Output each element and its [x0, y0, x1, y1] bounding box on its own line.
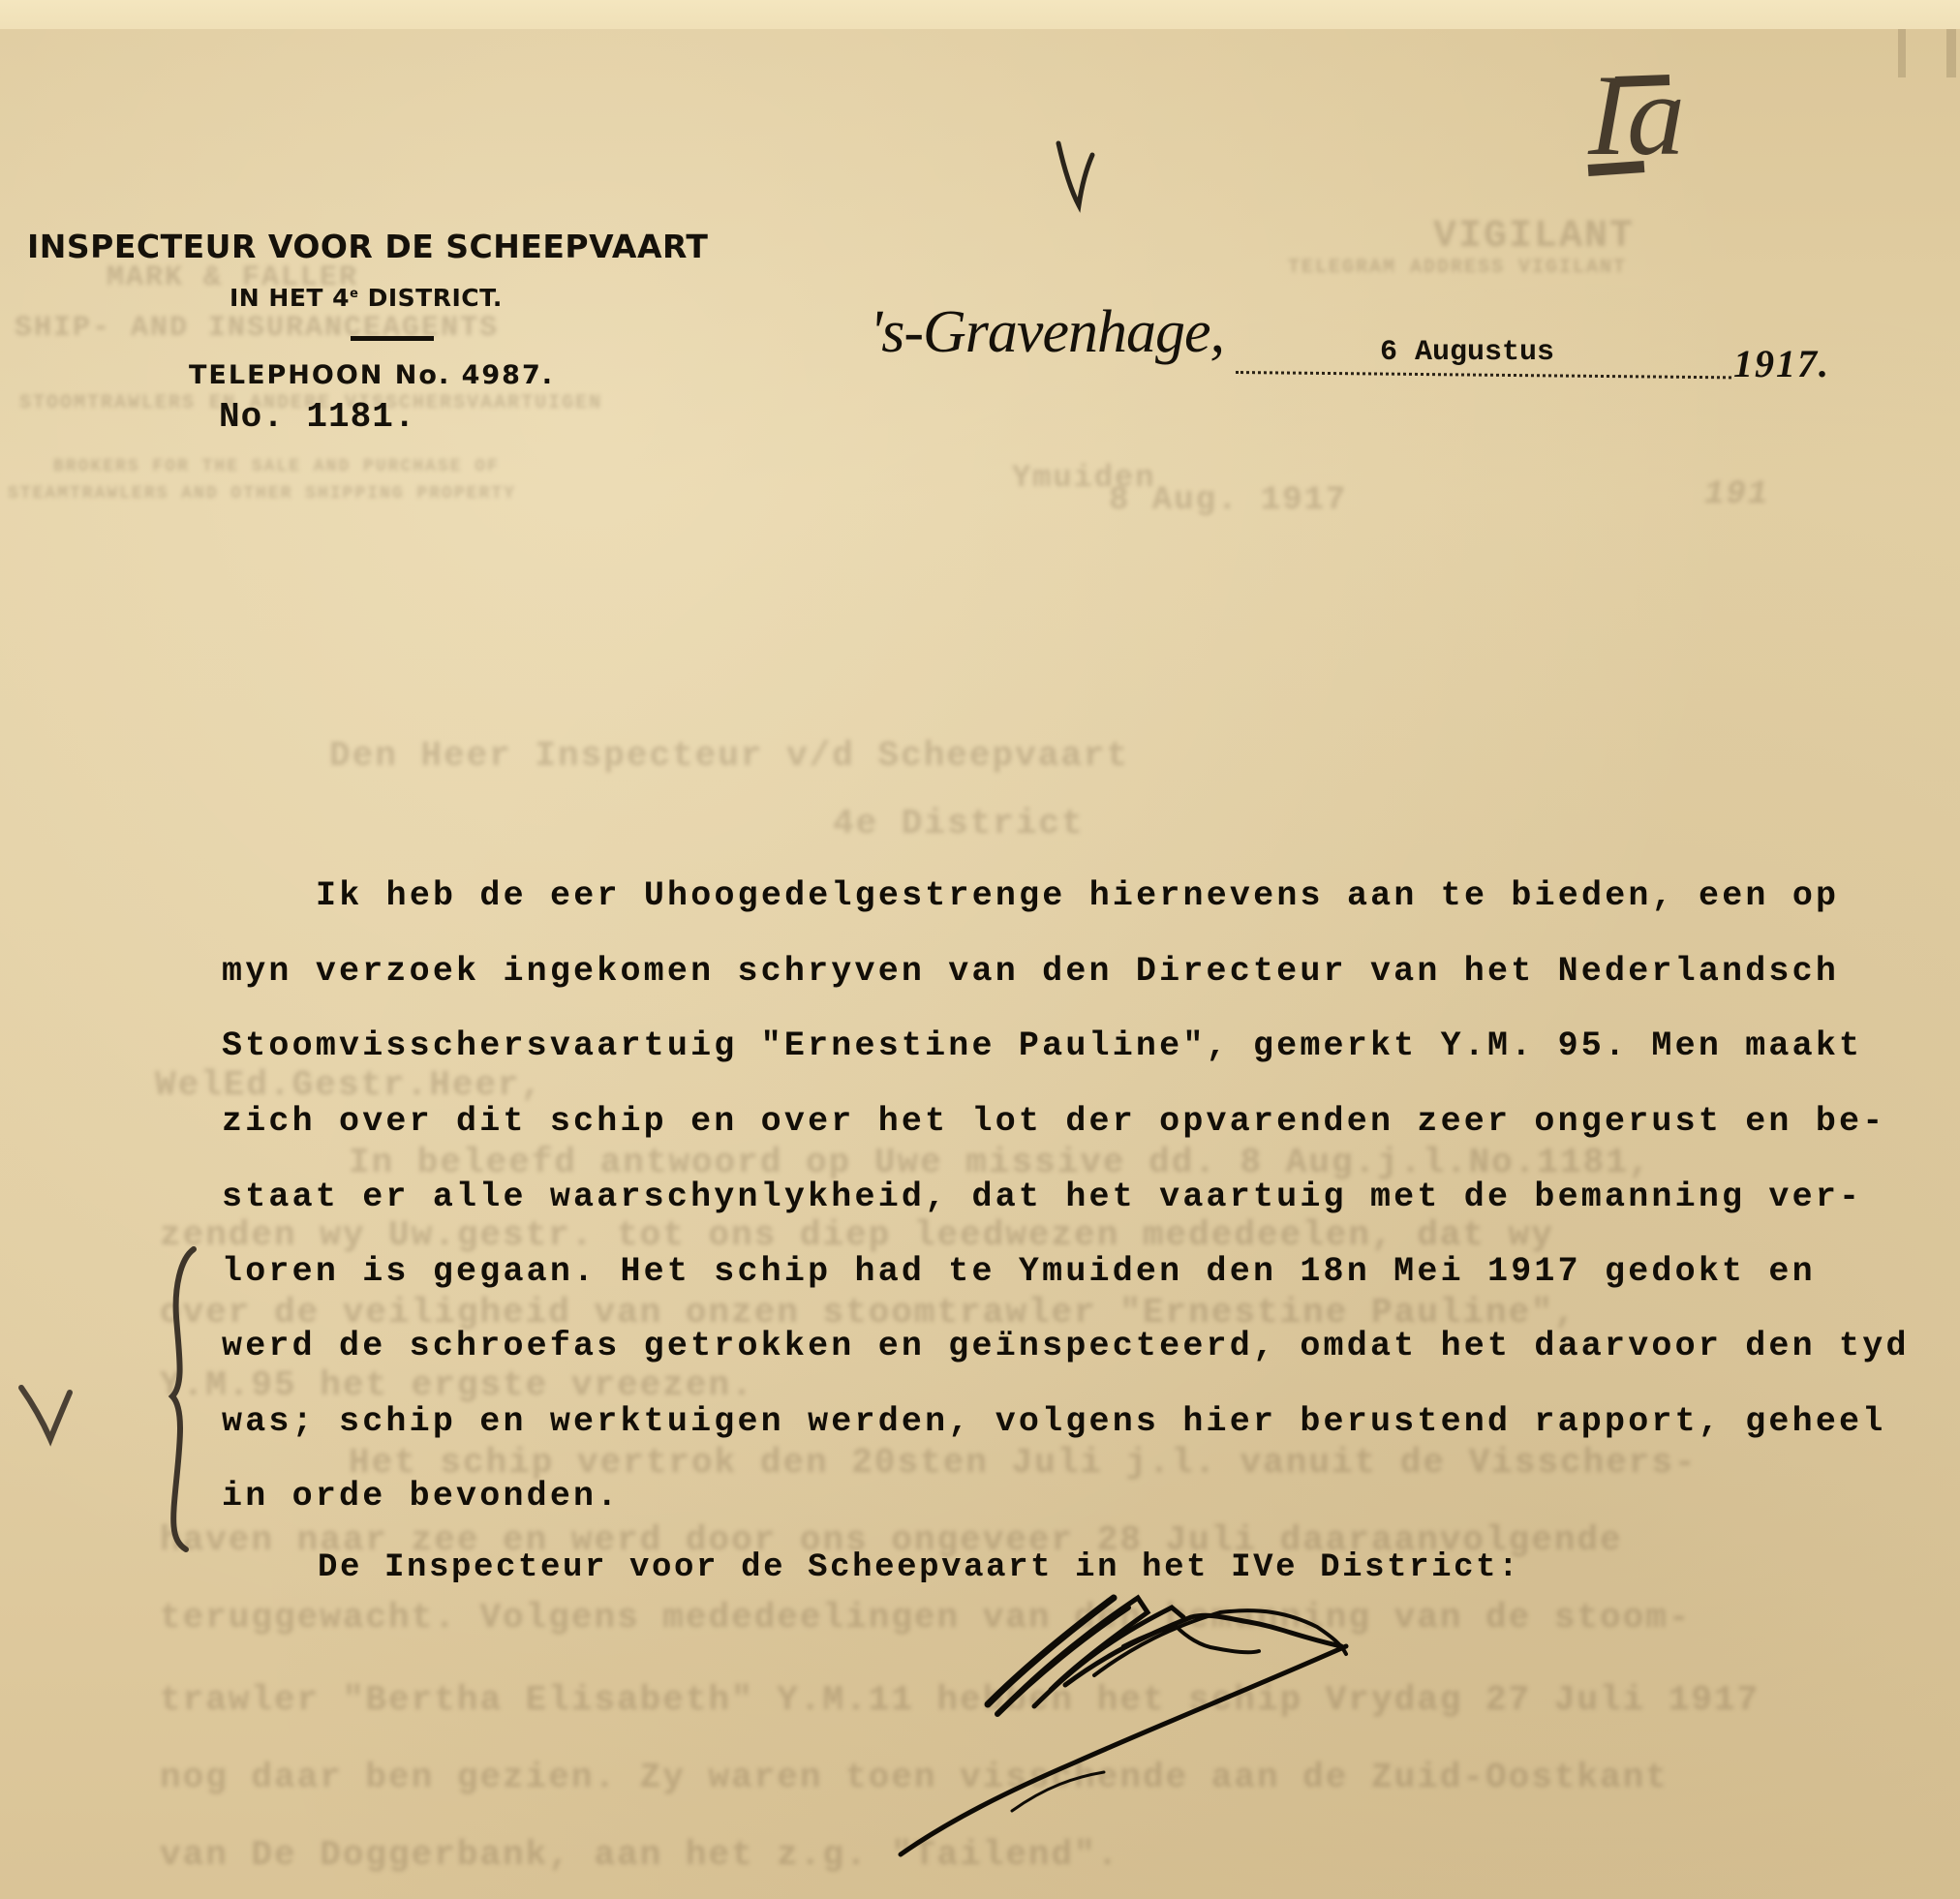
bleed-through-text: VIGILANT — [1433, 215, 1635, 259]
bleed-through-text: trawler "Bertha Elisabeth" Y.M.11 hebben… — [160, 1680, 1760, 1720]
reference-number: No. 1181. — [219, 397, 415, 437]
body-line: was; schip en werktuigen werden, volgens… — [222, 1402, 1885, 1441]
body-line: in orde bevonden. — [222, 1477, 620, 1516]
letterhead-divider — [351, 336, 434, 341]
dateline-year: 1917. — [1733, 341, 1830, 386]
letterhead-telephone: TELEPHOON No. 4987. — [189, 360, 554, 390]
district-suffix: DISTRICT. — [358, 284, 502, 312]
bleed-through-text: Y.M.95 het ergste vreezen. — [160, 1365, 754, 1405]
bleed-through-text: BROKERS FOR THE SALE AND PURCHASE OF — [53, 457, 500, 476]
bleed-through-text: STEAMTRAWLERS AND OTHER SHIPPING PROPERT… — [8, 484, 516, 504]
body-line: werd de schroefas getrokken en geïnspect… — [222, 1327, 1910, 1365]
page-edge-mark — [1898, 29, 1906, 77]
bleed-through-text: Den Heer Inspecteur v/d Scheepvaart — [329, 736, 1129, 776]
body-line: Ik heb de eer Uhoogedelgestrenge hiernev… — [316, 876, 1839, 915]
bleed-through-text: 4e District — [833, 804, 1085, 843]
bleed-through-text: nog daar ben gezien. Zy waren toen vissc… — [160, 1758, 1669, 1797]
letterhead-title: INSPECTEUR VOOR DE SCHEEPVAART — [27, 228, 708, 265]
body-line: staat er alle waarschynlykheid, dat het … — [222, 1178, 1862, 1216]
handwritten-ia-mark: Ia — [1588, 48, 1685, 182]
bleed-through-text: TELEGRAM ADDRESS VIGILANT — [1288, 257, 1627, 279]
bleed-through-text: teruggewacht. Volgens mededeelingen van … — [160, 1598, 1691, 1638]
letterhead-district: IN HET 4e DISTRICT. — [230, 284, 503, 312]
district-prefix: IN HET 4 — [230, 284, 350, 312]
handwritten-ia-text: Ia — [1588, 50, 1685, 179]
bleed-through-text: zenden wy Uw.gestr. tot ons diep leedwez… — [160, 1215, 1554, 1255]
bleed-through-text: WelEd.Gestr.Heer, — [155, 1065, 543, 1105]
body-line: loren is gegaan. Het schip had te Ymuide… — [222, 1252, 1816, 1291]
dateline-day-month: 6 Augustus — [1380, 336, 1554, 369]
bleed-through-text: In beleefd antwoord op Uwe missive dd. 8… — [349, 1143, 1651, 1182]
closing-line: De Inspecteur voor de Scheepvaart in het… — [318, 1549, 1520, 1586]
paper-top-edge — [0, 0, 1960, 33]
body-line: Stoomvisschersvaartuig "Ernestine Paulin… — [222, 1026, 1862, 1065]
body-line: myn verzoek ingekomen schryven van den D… — [222, 952, 1839, 991]
bleed-through-text: 8 Aug. 1917 — [1109, 482, 1347, 519]
bleed-through-text: 191 — [1704, 476, 1769, 513]
bleed-through-text: van De Doggerbank, aan het z.g. "Tailend… — [160, 1835, 1119, 1875]
ia-serif-top — [1615, 75, 1669, 87]
body-line: zich over dit schip en over het lot der … — [222, 1102, 1885, 1141]
page-edge-mark — [1946, 29, 1956, 77]
dateline-place: 's-Gravenhage, — [870, 298, 1224, 367]
